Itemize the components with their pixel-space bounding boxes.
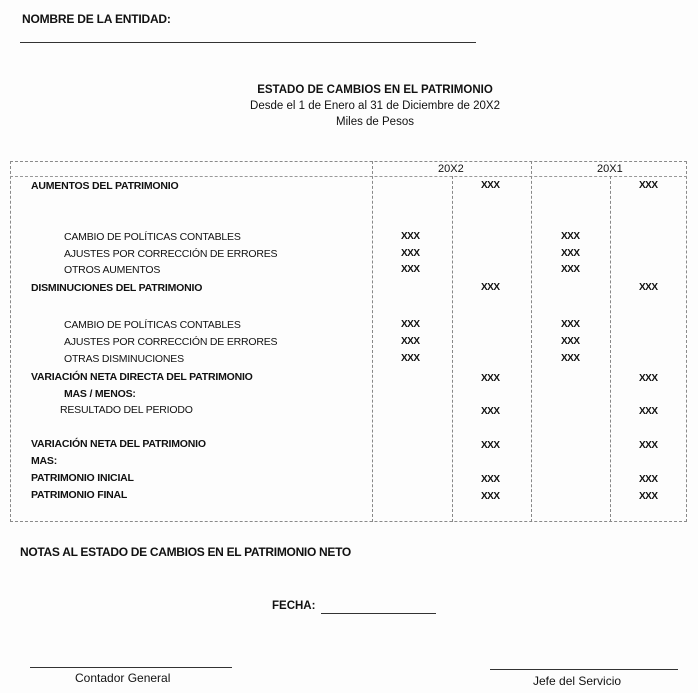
signature-line-accountant[interactable]	[30, 667, 232, 668]
cell-value: XXX	[639, 282, 658, 293]
statement-units: Miles de Pesos	[52, 114, 698, 130]
row-label: OTRAS DISMINUCIONES	[64, 353, 184, 365]
cell-value: XXX	[401, 319, 420, 330]
cell-value: XXX	[639, 180, 658, 191]
row-label: CAMBIO DE POLÍTICAS CONTABLES	[64, 231, 241, 243]
cell-value: XXX	[401, 353, 420, 364]
notes-title: NOTAS AL ESTADO DE CAMBIOS EN EL PATRIMO…	[20, 545, 351, 559]
cell-value: XXX	[481, 491, 500, 502]
row-label: PATRIMONIO FINAL	[31, 489, 127, 501]
row-label: AUMENTOS DEL PATRIMONIO	[31, 180, 178, 192]
row-label: AJUSTES POR CORRECCIÓN DE ERRORES	[64, 248, 277, 260]
cell-value: XXX	[561, 248, 580, 259]
cell-value: XXX	[401, 248, 420, 259]
entity-name-field[interactable]	[20, 42, 476, 43]
cell-value: XXX	[401, 231, 420, 242]
cell-value: XXX	[561, 231, 580, 242]
year-header-prior: 20X1	[597, 163, 623, 175]
column-divider	[531, 161, 532, 522]
cell-value: XXX	[639, 406, 658, 417]
date-field[interactable]	[321, 613, 436, 614]
signature-line-head[interactable]	[490, 669, 678, 670]
entity-name-label: NOMBRE DE LA ENTIDAD:	[22, 12, 171, 26]
row-label: DISMINUCIONES DEL PATRIMONIO	[31, 282, 202, 294]
statement-period: Desde el 1 de Enero al 31 de Diciembre d…	[52, 98, 698, 114]
cell-value: XXX	[401, 336, 420, 347]
cell-value: XXX	[561, 336, 580, 347]
column-divider	[610, 176, 611, 522]
row-label: VARIACIÓN NETA DEL PATRIMONIO	[31, 438, 206, 450]
year-header-current: 20X2	[438, 163, 464, 175]
cell-value: XXX	[639, 373, 658, 384]
row-label: CAMBIO DE POLÍTICAS CONTABLES	[64, 319, 241, 331]
signature-label-accountant: Contador General	[75, 671, 170, 685]
statement-title-block: ESTADO DE CAMBIOS EN EL PATRIMONIO Desde…	[0, 82, 698, 130]
row-label: MAS:	[31, 455, 57, 467]
column-divider	[372, 161, 373, 522]
column-divider	[452, 176, 453, 522]
cell-value: XXX	[639, 491, 658, 502]
cell-value: XXX	[481, 180, 500, 191]
row-label: PATRIMONIO INICIAL	[31, 472, 134, 484]
statement-title: ESTADO DE CAMBIOS EN EL PATRIMONIO	[52, 82, 698, 98]
cell-value: XXX	[481, 440, 500, 451]
signature-label-head: Jefe del Servicio	[533, 674, 621, 688]
date-label: FECHA:	[272, 600, 315, 612]
row-label: VARIACIÓN NETA DIRECTA DEL PATRIMONIO	[31, 371, 253, 383]
cell-value: XXX	[401, 264, 420, 275]
cell-value: XXX	[639, 440, 658, 451]
cell-value: XXX	[639, 474, 658, 485]
cell-value: XXX	[561, 264, 580, 275]
cell-value: XXX	[561, 319, 580, 330]
cell-value: XXX	[561, 353, 580, 364]
row-label: AJUSTES POR CORRECCIÓN DE ERRORES	[64, 336, 277, 348]
cell-value: XXX	[481, 406, 500, 417]
cell-value: XXX	[481, 373, 500, 384]
row-label: RESULTADO DEL PERIODO	[60, 404, 193, 416]
table-header-divider	[10, 176, 687, 177]
row-label: OTROS AUMENTOS	[64, 264, 160, 276]
row-label: MAS / MENOS:	[64, 388, 136, 400]
cell-value: XXX	[481, 282, 500, 293]
cell-value: XXX	[481, 474, 500, 485]
